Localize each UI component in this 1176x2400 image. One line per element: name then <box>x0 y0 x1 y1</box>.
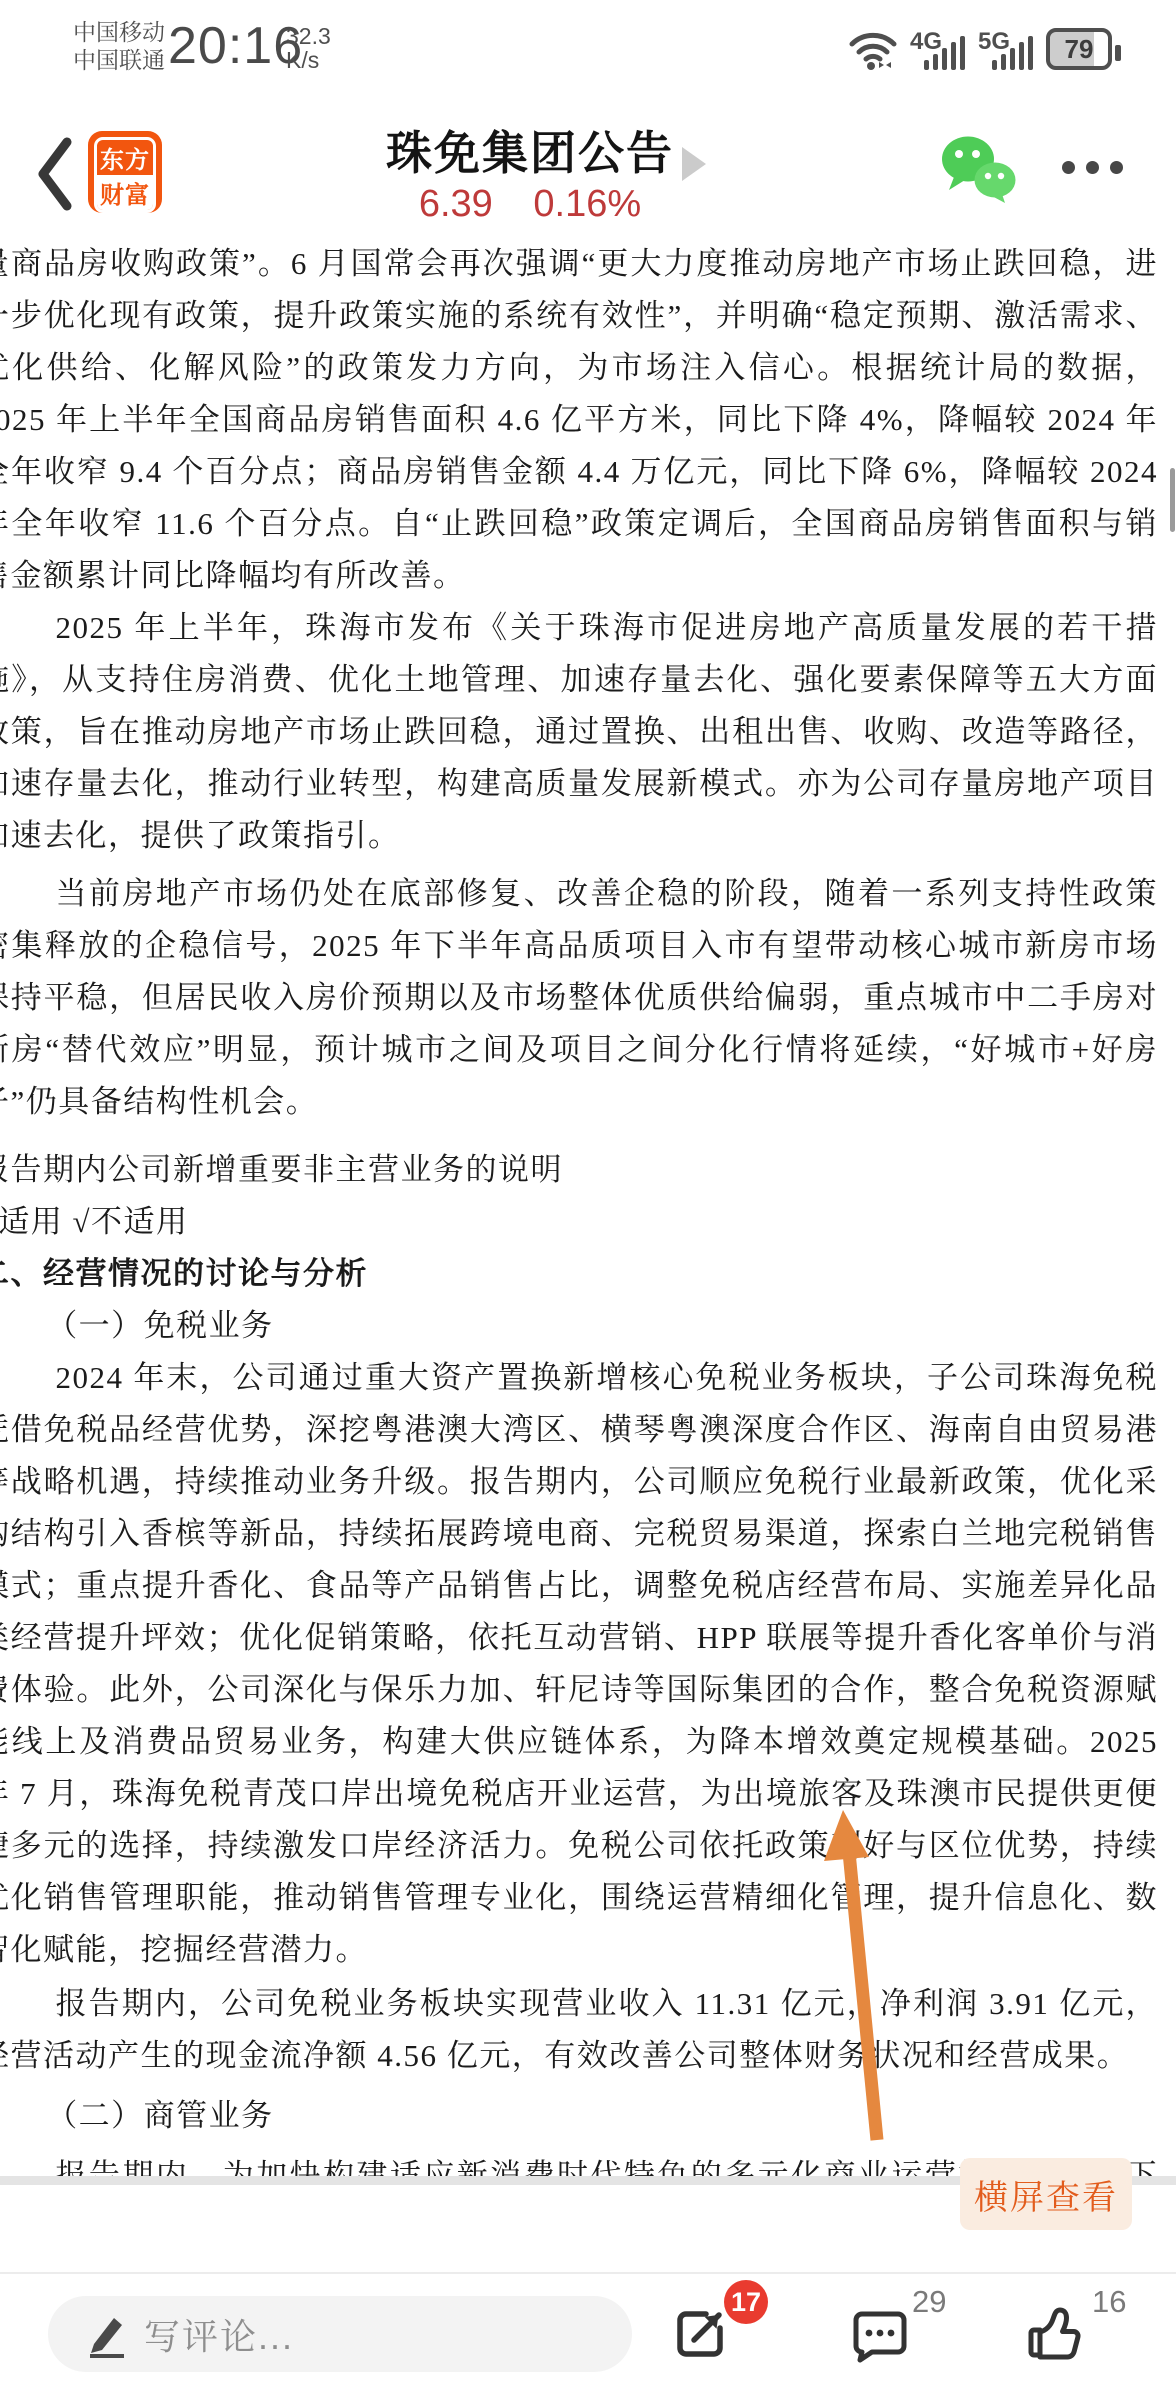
share-icon[interactable] <box>672 2306 728 2362</box>
status-icons: 4G 5G 79 <box>848 28 1121 70</box>
like-count: 16 <box>1092 2284 1126 2320</box>
eastmoney-logo[interactable]: 东方 财富 <box>88 131 162 213</box>
signal-5g: 5G <box>978 28 1034 70</box>
network-speed: 32.3 K/s <box>286 24 331 72</box>
battery-nub <box>1115 45 1121 61</box>
doc-section-heading: 二、经营情况的讨论与分析 <box>0 1248 1158 1300</box>
stock-price: 6.39 <box>419 183 493 225</box>
carrier-1: 中国移动 <box>73 18 165 46</box>
page-title: 珠免集团公告 <box>340 117 720 183</box>
comment-input[interactable]: 写评论... <box>48 2296 632 2372</box>
share-count-badge: 17 <box>724 2280 768 2324</box>
doc-note-line: 报告期内公司新增重要非主营业务的说明 <box>0 1144 1158 1196</box>
speed-unit: K/s <box>286 48 331 72</box>
header: 东方 财富 珠免集团公告 6.39 0.16% <box>0 95 1176 230</box>
logo-text-top: 东方 <box>97 140 153 175</box>
screen: 中国移动 中国联通 20:16 32.3 K/s 4G <box>0 0 1176 2400</box>
carrier-labels: 中国移动 中国联通 <box>73 18 165 74</box>
doc-paragraph: 当前房地产市场仍处在底部修复、改善企稳的阶段，随着一系列支持性政策密集释放的企稳… <box>0 868 1158 1128</box>
doc-paragraph: 报告期内，公司免税业务板块实现营业收入 11.31 亿元，净利润 3.91 亿元… <box>0 1978 1158 2082</box>
doc-paragraph: 量商品房收购政策”。6 月国常会再次强调“更大力度推动房地产市场止跌回稳，进一步… <box>0 230 1158 602</box>
like-icon[interactable] <box>1026 2304 1084 2362</box>
wechat-share-icon[interactable] <box>938 133 1020 203</box>
doc-checkbox-line: □适用 √不适用 <box>0 1196 1158 1248</box>
pencil-icon <box>86 2310 128 2358</box>
status-bar: 中国移动 中国联通 20:16 32.3 K/s 4G <box>0 0 1176 95</box>
document-page: 量商品房收购政策”。6 月国常会再次强调“更大力度推动房地产市场止跌回稳，进一步… <box>0 230 1158 2176</box>
comment-count: 29 <box>912 2284 946 2320</box>
wifi-icon <box>848 28 898 70</box>
battery-icon: 79 <box>1046 28 1112 70</box>
doc-paragraph: 2025 年上半年，珠海市发布《关于珠海市促进房地产高质量发展的若干措施》，从支… <box>0 602 1158 862</box>
carrier-2: 中国联通 <box>73 46 165 74</box>
logo-text-bottom: 财富 <box>97 175 153 210</box>
eastmoney-logo-inner: 东方 财富 <box>94 137 156 213</box>
title-expand-icon[interactable] <box>682 147 706 181</box>
comment-icon[interactable] <box>852 2310 908 2364</box>
doc-subsection-1: （一）免税业务 <box>0 1300 1158 1352</box>
back-icon[interactable] <box>36 137 74 211</box>
scrollbar-thumb[interactable] <box>1170 468 1175 532</box>
battery-percent: 79 <box>1065 34 1094 64</box>
bottom-toolbar: 写评论... 17 29 16 <box>0 2272 1176 2400</box>
speed-value: 32.3 <box>286 24 331 48</box>
more-menu-icon[interactable] <box>1062 161 1123 174</box>
signal-4g: 4G <box>910 28 966 70</box>
signal-bars-icon <box>924 36 966 70</box>
stock-quote: 6.39 0.16% <box>380 183 680 226</box>
stock-change: 0.16% <box>533 183 641 225</box>
comment-placeholder: 写评论... <box>144 2309 294 2360</box>
signal-bars-icon <box>992 36 1034 70</box>
doc-subsection-2: （二）商管业务 <box>0 2090 1158 2142</box>
doc-paragraph: 2024 年末，公司通过重大资产置换新增核心免税业务板块，子公司珠海免税凭借免税… <box>0 1352 1158 1976</box>
landscape-view-button[interactable]: 横屏查看 <box>960 2158 1132 2230</box>
document-viewer[interactable]: 量商品房收购政策”。6 月国常会再次强调“更大力度推动房地产市场止跌回稳，进一步… <box>0 230 1176 2176</box>
clock: 20:16 <box>168 16 303 76</box>
